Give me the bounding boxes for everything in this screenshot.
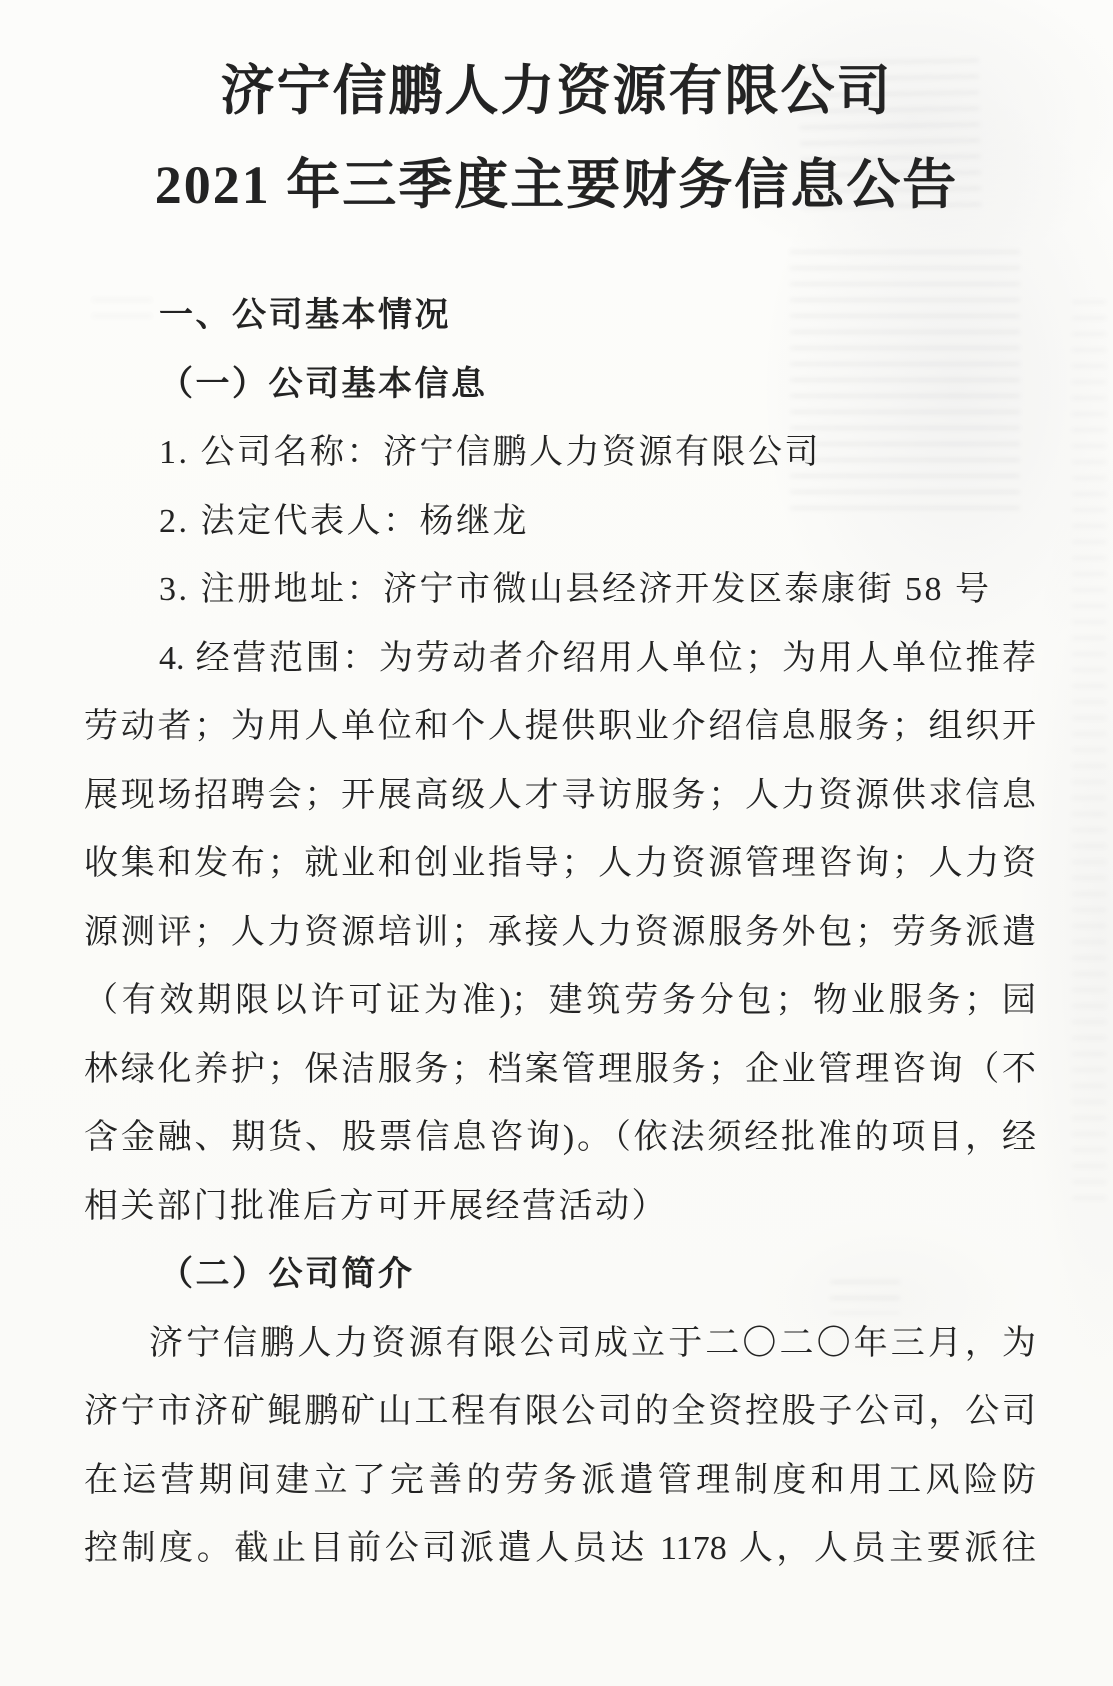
- body-line: 林绿化养护；保洁服务；档案管理服务；企业管理咨询（不: [84, 1036, 1036, 1105]
- body-line: 控制度。截止目前公司派遣人员达 1178 人，人员主要派往: [84, 1515, 1036, 1584]
- document-title-company: 济宁信鹏人力资源有限公司: [0, 58, 1113, 126]
- document-title-announcement: 2021 年三季度主要财务信息公告: [0, 152, 1113, 220]
- item-legal-representative: 2. 法定代表人：杨继龙: [84, 488, 1036, 557]
- item-company-name: 1. 公司名称：济宁信鹏人力资源有限公司: [84, 419, 1036, 488]
- company-intro-line: 济宁信鹏人力资源有限公司成立于二〇二〇年三月，为: [84, 1310, 1036, 1379]
- item-registered-address: 3. 注册地址：济宁市微山县经济开发区泰康街 58 号: [84, 556, 1036, 625]
- body-line: 济宁市济矿鲲鹏矿山工程有限公司的全资控股子公司，公司: [84, 1378, 1036, 1447]
- body-line: 劳动者；为用人单位和个人提供职业介绍信息服务；组织开: [84, 693, 1036, 762]
- body-line: （有效期限以许可证为准)；建筑劳务分包；物业服务；园: [84, 967, 1036, 1036]
- body-line: 收集和发布；就业和创业指导；人力资源管理咨询；人力资: [84, 830, 1036, 899]
- section-heading-1: 一、公司基本情况: [84, 282, 1036, 351]
- body-line: 源测评；人力资源培训；承接人力资源服务外包；劳务派遣: [84, 899, 1036, 968]
- document-body: 一、公司基本情况 （一）公司基本信息 1. 公司名称：济宁信鹏人力资源有限公司 …: [84, 282, 1036, 1584]
- body-line: 在运营期间建立了完善的劳务派遣管理制度和用工风险防: [84, 1447, 1036, 1516]
- body-line: 含金融、期货、股票信息咨询)。（依法须经批准的项目，经: [84, 1104, 1036, 1173]
- subsection-heading-1-1: （一）公司基本信息: [84, 351, 1036, 420]
- body-line: 相关部门批准后方可开展经营活动）: [84, 1173, 1036, 1242]
- body-line: 展现场招聘会；开展高级人才寻访服务；人力资源供求信息: [84, 762, 1036, 831]
- subsection-heading-1-2: （二）公司简介: [84, 1241, 1036, 1310]
- document-title-block: 济宁信鹏人力资源有限公司 2021 年三季度主要财务信息公告: [0, 58, 1113, 219]
- item-business-scope-line: 4. 经营范围：为劳动者介绍用人单位；为用人单位推荐: [84, 625, 1036, 694]
